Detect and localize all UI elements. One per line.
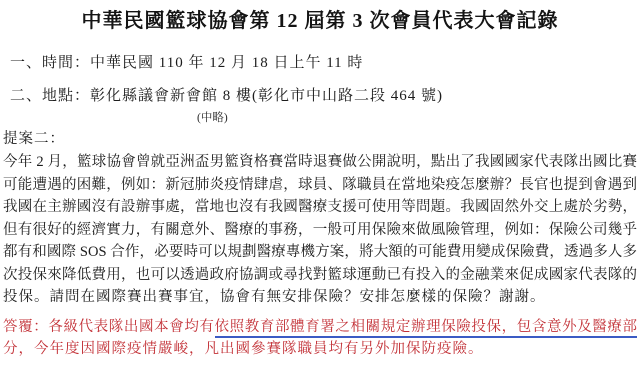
answer-prefix: 答覆：各級代表隊出國本會均有 [3,319,215,335]
answer-underlined-text: 依照教育部體育署之相關規定辦理保險投保，包含意外及醫療部 [215,319,637,338]
document-title: 中華民國籃球協會第 12 屆第 3 次會員代表大會記錄 [0,0,640,34]
answer-block: 答覆：各級代表隊出國本會均有依照教育部體育署之相關規定辦理保險投保，包含意外及醫… [0,316,640,361]
proposal-line: 我國在主辦國沒有設辦事處，當地也沒有我國醫療支援可使用等問題。我國固然外交上處於… [3,196,637,219]
meeting-time-line: 一、時間：中華民國 110 年 12 月 18 日上午 11 時 [0,54,640,72]
proposal-line: 次投保來降低費用，也可以透過政府協調或尋找對籃球運動已有投入的金融業來促成國家代… [3,264,637,287]
proposal-line: 可能遭遇的困難，例如：新冠肺炎疫情肆虐，球員、隊職員在當地染疫怎麼辦？長官也提到… [3,174,637,197]
proposal-line: 都有和國際 SOS 合作，必要時可以規劃醫療專機方案，將大額的可能費用變成保險費… [3,241,637,264]
answer-line-1: 答覆：各級代表隊出國本會均有依照教育部體育署之相關規定辦理保險投保，包含意外及醫… [3,316,637,339]
omission-note: (中略) [197,111,640,125]
meeting-place-line: 二、地點：彰化縣議會新會館 8 樓(彰化市中山路二段 464 號) [0,87,640,105]
proposal-line: 但有很好的經濟實力，有關意外、醫療的事務，一般可用保險來做風險管理，例如：保險公… [3,219,637,242]
answer-line-2: 分，今年度因國際疫情嚴峻，凡出國參賽隊職員均有另外加保防疫險。 [3,338,637,361]
proposal-body: 今年 2 月，籃球協會曾就亞洲盃男籃資格賽當時退賽做公開說明，點出了我國國家代表… [0,151,640,309]
proposal-heading: 提案二： [0,131,640,148]
document-page: 中華民國籃球協會第 12 屆第 3 次會員代表大會記錄 一、時間：中華民國 11… [0,0,640,368]
proposal-line: 投保。請問在國際賽出賽事宜，協會有無安排保險？安排怎麼樣的保險？謝謝。 [3,286,637,309]
proposal-line: 今年 2 月，籃球協會曾就亞洲盃男籃資格賽當時退賽做公開說明，點出了我國國家代表… [3,151,637,174]
